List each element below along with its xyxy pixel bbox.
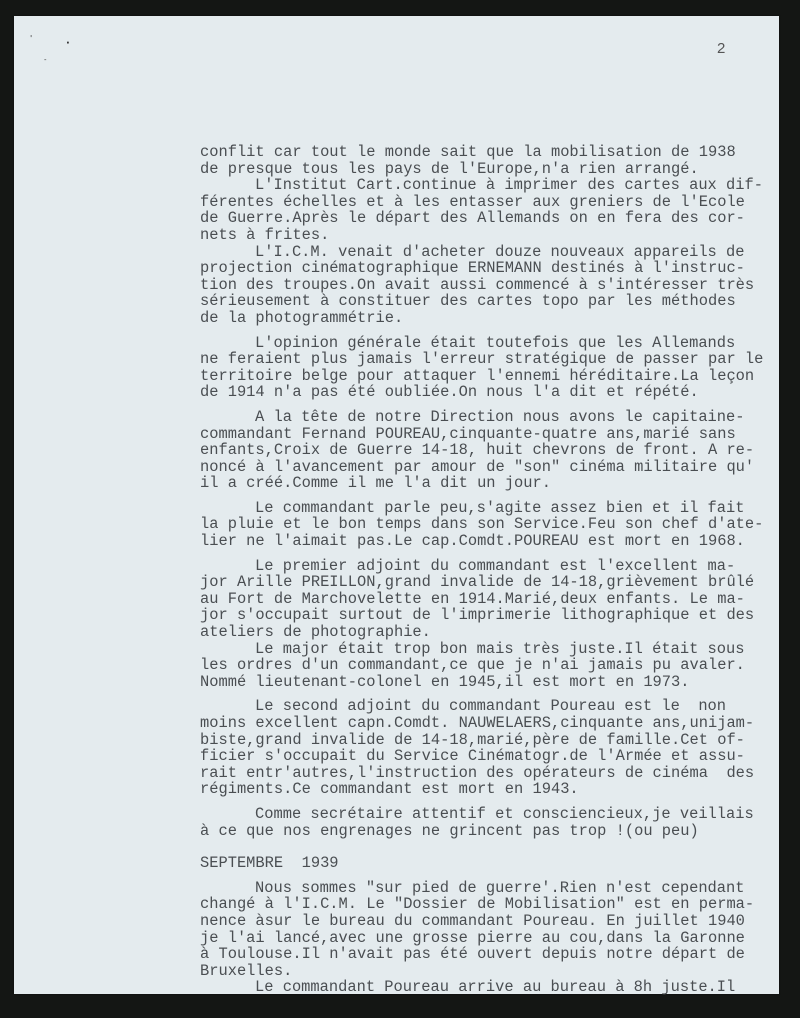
paragraph: Le commandant Poureau arrive au bureau à… [200,979,763,996]
text-line: changé à l'I.C.M. Le "Dossier de Mobilis… [200,896,763,913]
text-line: SEPTEMBRE 1939 [200,855,763,872]
text-line: Bruxelles. [200,963,763,980]
paragraph: Le major était trop bon mais très juste.… [200,641,763,691]
text-line: sérieusement à constituer des cartes top… [200,293,763,310]
section-heading: SEPTEMBRE 1939 [200,855,763,872]
text-line: territoire belge pour attaquer l'ennemi … [200,368,763,385]
text-line: ficier s'occupait du Service Cinématogr.… [200,748,763,765]
stray-mark: - [44,56,47,64]
text-line: Le premier adjoint du commandant est l'e… [200,558,763,575]
paragraph: conflit car tout le monde sait que la mo… [200,144,763,177]
paragraph: Comme secrétaire attentif et consciencie… [200,806,763,839]
text-line: il a créé.Comme il me l'a dit un jour. [200,475,763,492]
text-line: la pluie et le bon temps dans son Servic… [200,516,763,533]
text-line: L'Institut Cart.continue à imprimer des … [200,177,763,194]
text-line: au Fort de Marchovelette en 1914.Marié,d… [200,591,763,608]
text-line: rait entr'autres,l'instruction des opéra… [200,765,763,782]
text-line: enfants,Croix de Guerre 14-18, huit chev… [200,442,763,459]
text-line: Le commandant parle peu,s'agite assez bi… [200,500,763,517]
paragraph: Nous sommes "sur pied de guerre'.Rien n'… [200,880,763,980]
paragraph: A la tête de notre Direction nous avons … [200,409,763,492]
text-line: Le second adjoint du commandant Poureau … [200,698,763,715]
text-line: noncé à l'avancement par amour de "son" … [200,459,763,476]
text-line: jor Arille PREILLON,grand invalide de 14… [200,574,763,591]
text-line: de presque tous les pays de l'Europe,n'a… [200,161,763,178]
text-line: ne feraient plus jamais l'erreur stratég… [200,351,763,368]
text-line: nence àsur le bureau du commandant Poure… [200,913,763,930]
text-line: à ce que nos engrenages ne grincent pas … [200,823,763,840]
text-line: de la photogrammétrie. [200,310,763,327]
text-line: je l'ai lancé,avec une grosse pierre au … [200,930,763,947]
text-line: Comme secrétaire attentif et consciencie… [200,806,763,823]
document-body: conflit car tout le monde sait que la mo… [200,144,763,996]
text-line: conflit car tout le monde sait que la mo… [200,144,763,161]
text-line: biste,grand invalide de 14-18,marié,père… [200,732,763,749]
text-line: Le major était trop bon mais très juste.… [200,641,763,658]
text-line: A la tête de notre Direction nous avons … [200,409,763,426]
paragraph: L'I.C.M. venait d'acheter douze nouveaux… [200,244,763,327]
text-line: L'opinion générale était toutefois que l… [200,335,763,352]
text-line: moins excellent capn.Comdt. NAUWELAERS,c… [200,715,763,732]
text-line: régiments.Ce commandant est mort en 1943… [200,781,763,798]
text-line: lier ne l'aimait pas.Le cap.Comdt.POUREA… [200,533,763,550]
text-line: Le commandant Poureau arrive au bureau à… [200,979,763,996]
paragraph: L'opinion générale était toutefois que l… [200,335,763,401]
text-line: tion des troupes.On avait aussi commencé… [200,277,763,294]
text-line: Nommé lieutenant-colonel en 1945,il est … [200,674,763,691]
paragraph: Le commandant parle peu,s'agite assez bi… [200,500,763,550]
text-line: les ordres d'un commandant,ce que je n'a… [200,657,763,674]
text-line: de Guerre.Après le départ des Allemands … [200,210,763,227]
typewritten-page: ' · - 2 conflit car tout le monde sait q… [14,16,779,994]
text-line: nets à frites. [200,227,763,244]
paragraph: Le premier adjoint du commandant est l'e… [200,558,763,641]
page-number: 2 [717,40,725,57]
paragraph: L'Institut Cart.continue à imprimer des … [200,177,763,243]
text-line: jor s'occupait surtout de l'imprimerie l… [200,607,763,624]
section-gap [200,839,763,855]
stray-mark: · [66,38,70,49]
text-line: à Toulouse.Il n'avait pas été ouvert dep… [200,946,763,963]
text-line: projection cinématographique ERNEMANN de… [200,260,763,277]
text-line: Nous sommes "sur pied de guerre'.Rien n'… [200,880,763,897]
text-line: férentes échelles et à les entasser aux … [200,194,763,211]
text-line: ateliers de photographie. [200,624,763,641]
text-line: de 1914 n'a pas été oubliée.On nous l'a … [200,384,763,401]
paragraph: Le second adjoint du commandant Poureau … [200,698,763,798]
text-line: commandant Fernand POUREAU,cinquante-qua… [200,426,763,443]
stray-mark: ' [30,34,32,43]
text-line: L'I.C.M. venait d'acheter douze nouveaux… [200,244,763,261]
